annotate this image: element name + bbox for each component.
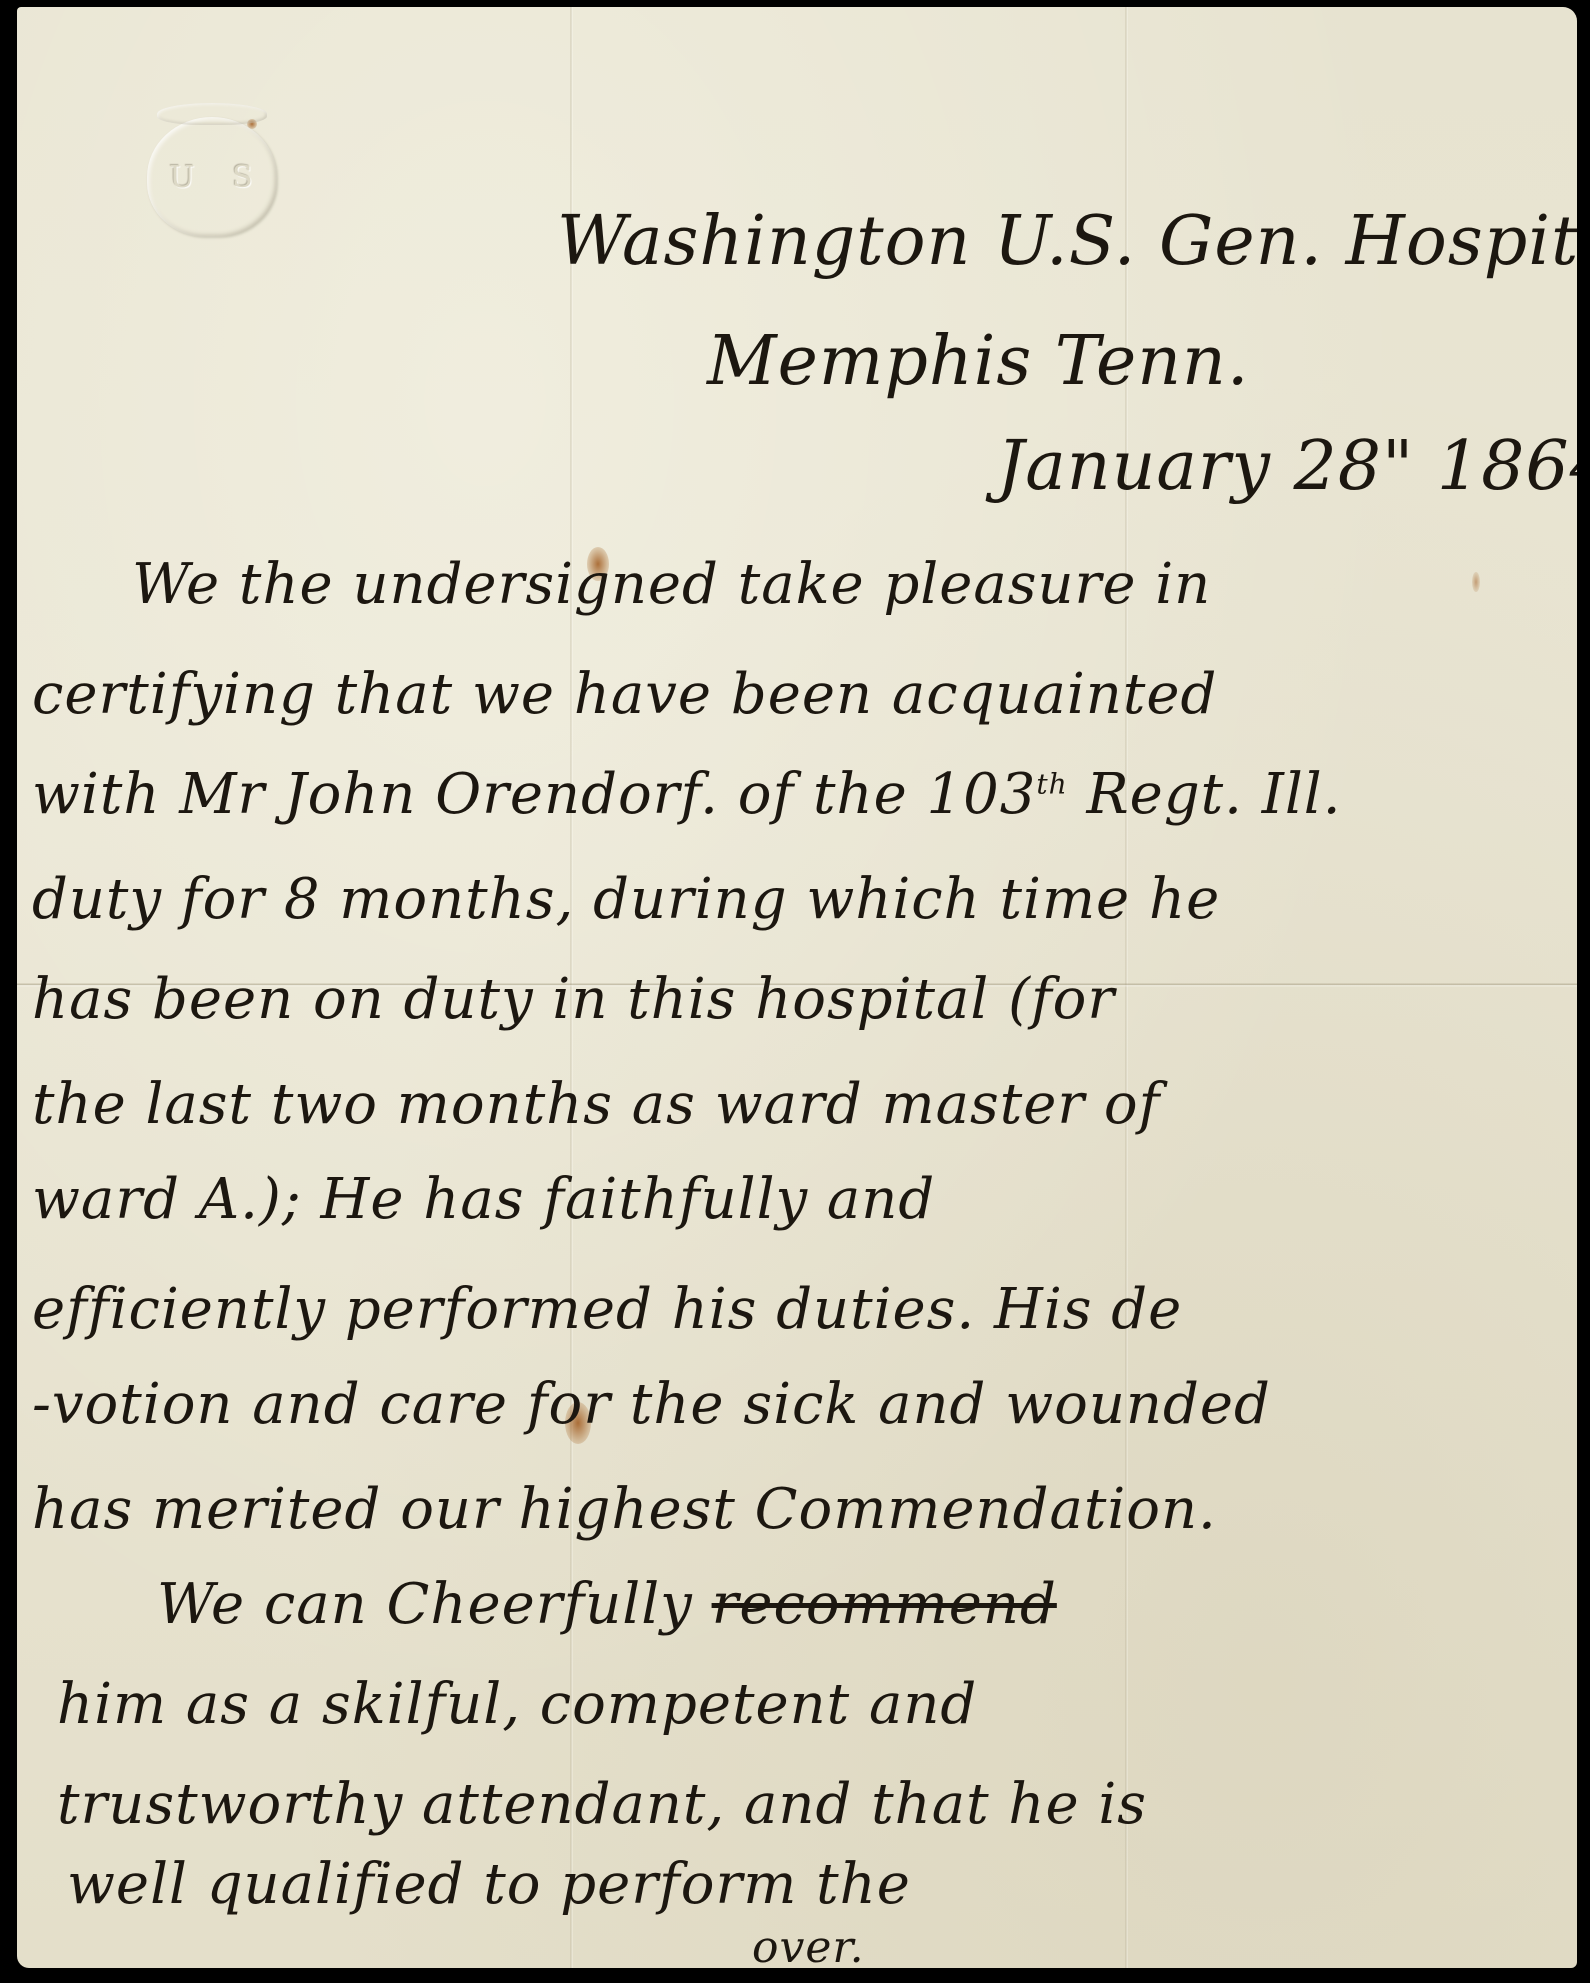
body-line-14: well qualified to perform the [67, 1852, 911, 1917]
regiment-text: Regt. Ill. [1068, 762, 1342, 827]
body-line-13: trustworthy attendant, and that he is [57, 1772, 1147, 1837]
body-line-9: -votion and care for the sick and wounde… [32, 1372, 1271, 1437]
header-city: Memphis Tenn. [707, 322, 1249, 401]
body-line-1: We the undersigned take pleasure in [132, 552, 1211, 617]
small-stain [1472, 572, 1480, 592]
vertical-fold-right [1125, 7, 1128, 1968]
header-date: January 28" 1864" [997, 427, 1577, 506]
body-line-4: duty for 8 months, during which time he [32, 867, 1220, 932]
body-line-7: ward A.); He has faithfully and [32, 1167, 935, 1232]
body-line-3-text: with Mr John Orendorf. of the 103 [32, 762, 1036, 827]
body-line-5: has been on duty in this hospital (for [32, 967, 1115, 1032]
body-line-11-text: We can Cheerfully [157, 1572, 693, 1637]
seal-ribbon [157, 103, 267, 125]
seal-text: U S [157, 160, 266, 195]
corrected-word: recommend [712, 1572, 1057, 1637]
body-line-11: We can Cheerfully recommend [157, 1572, 1057, 1637]
ordinal-superscript: th [1036, 767, 1067, 800]
body-line-12: him as a skilful, competent and [57, 1672, 977, 1737]
body-line-2: certifying that we have been acquainted [32, 662, 1217, 727]
footer-over: over. [752, 1922, 865, 1968]
letter-paper: U S Washington U.S. Gen. Hospital Memphi… [17, 7, 1577, 1968]
body-line-8: efficiently performed his duties. His de [32, 1277, 1182, 1342]
body-line-10: has merited our highest Commendation. [32, 1477, 1217, 1542]
header-hospital: Washington U.S. Gen. Hospital [557, 202, 1577, 281]
embossed-us-seal-icon: U S [147, 117, 277, 237]
body-line-3: with Mr John Orendorf. of the 103th Regt… [32, 762, 1342, 827]
body-line-6: the last two months as ward master of [32, 1072, 1160, 1137]
